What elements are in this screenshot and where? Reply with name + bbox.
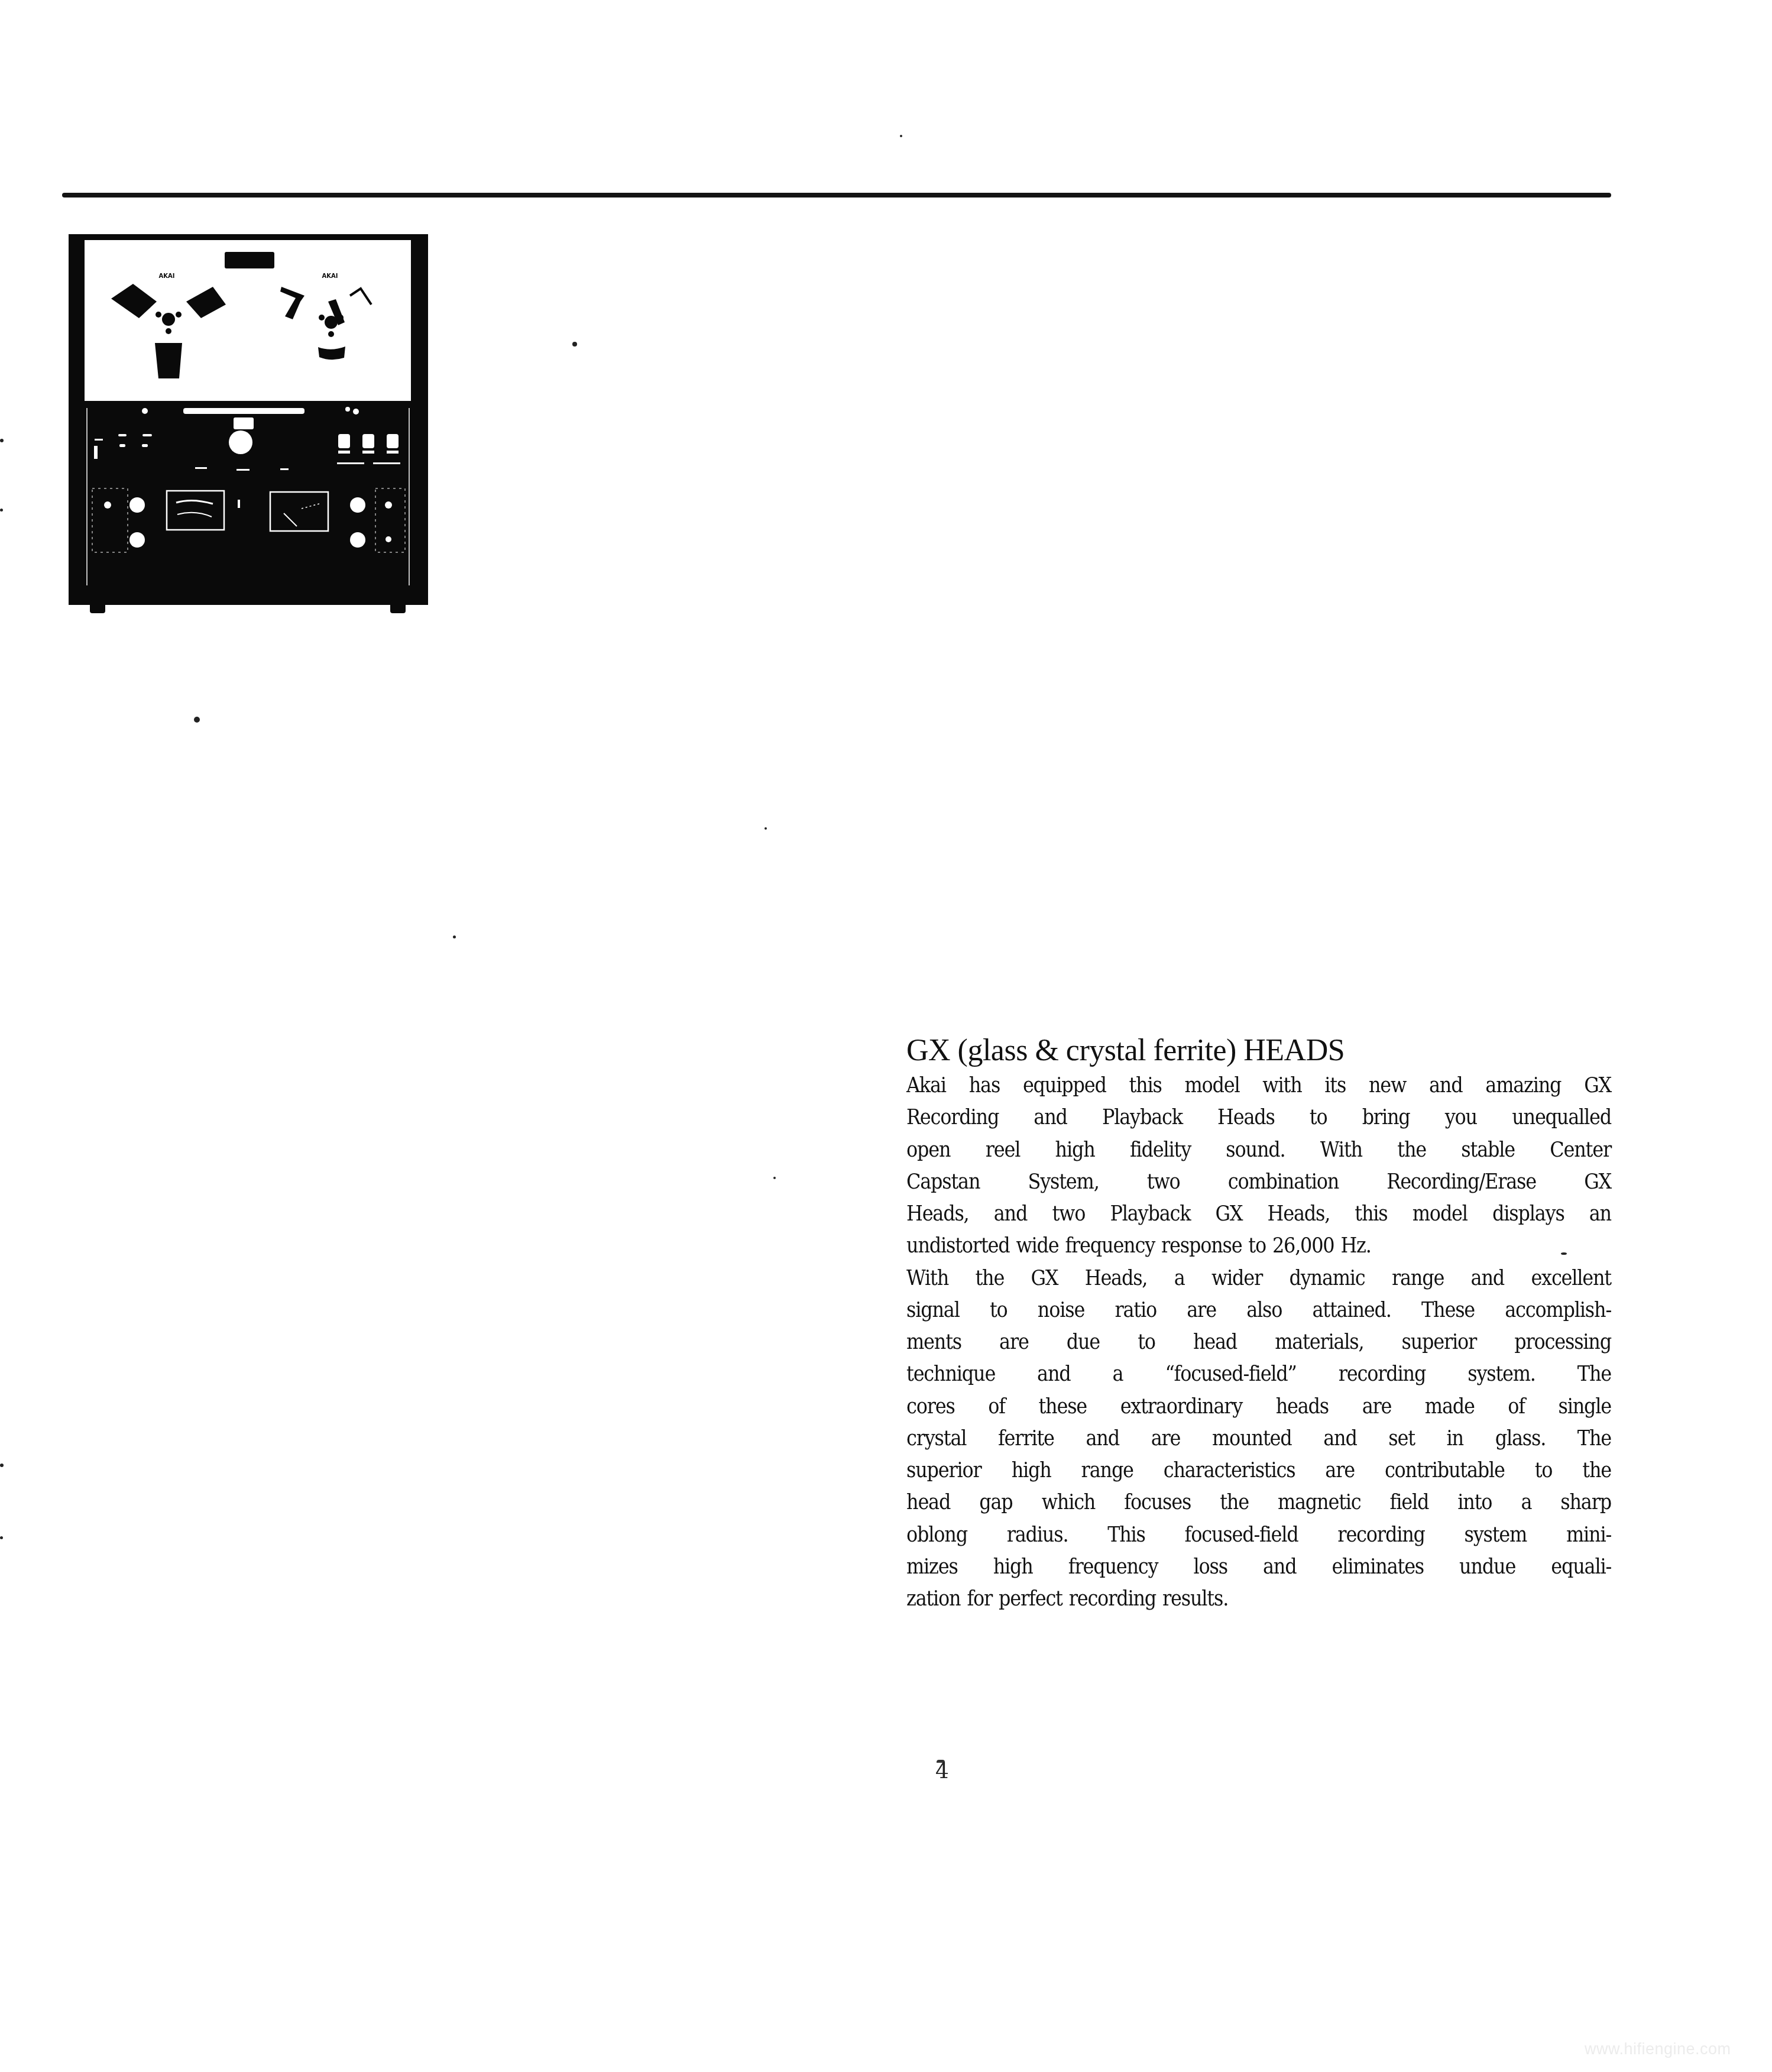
page-number: 4 [935, 1761, 949, 1782]
body-line: undistorted wide frequency response to 2… [906, 1230, 1611, 1262]
body-line: superior high range characteristics are … [906, 1455, 1611, 1487]
article-section: GX (glass & crystal ferrite) HEADS Akai … [906, 1032, 1611, 1615]
scan-speck [194, 717, 200, 723]
body-line: zation for perfect recording results. [906, 1583, 1611, 1615]
body-line: cores of these extraordinary heads are m… [906, 1391, 1611, 1423]
scan-speck [1561, 1252, 1567, 1255]
watermark: www.hifiengine.com [1585, 2040, 1731, 2058]
scan-speck [0, 1536, 3, 1539]
body-line: ments are due to head materials, superio… [906, 1326, 1611, 1358]
body-line: Recording and Playback Heads to bring yo… [906, 1102, 1611, 1134]
body-line: open reel high fidelity sound. With the … [906, 1134, 1611, 1166]
body-line: signal to noise ratio are also attained.… [906, 1294, 1611, 1326]
scan-speck [0, 439, 4, 442]
scan-speck [572, 342, 577, 347]
scan-speck [900, 135, 902, 137]
top-rule [62, 193, 1611, 198]
body-line: oblong radius. This focused-field record… [906, 1519, 1611, 1551]
scan-speck [773, 1177, 776, 1179]
scan-speck [0, 509, 3, 511]
body-line: Akai has equipped this model with its ne… [906, 1070, 1611, 1102]
body-paragraph: Akai has equipped this model with its ne… [906, 1070, 1611, 1615]
product-photo: AKAI AKAI [65, 231, 432, 616]
body-line: With the GX Heads, a wider dynamic range… [906, 1262, 1611, 1294]
svg-text:AKAI: AKAI [322, 273, 338, 280]
body-line: head gap which focuses the magnetic fiel… [906, 1487, 1611, 1519]
section-heading: GX (glass & crystal ferrite) HEADS [906, 1032, 1611, 1070]
scan-speck [0, 1464, 4, 1467]
body-line: Capstan System, two combination Recordin… [906, 1166, 1611, 1198]
scan-speck [453, 935, 456, 938]
body-line: Heads, and two Playback GX Heads, this m… [906, 1198, 1611, 1230]
body-line: mizes high frequency loss and eliminates… [906, 1551, 1611, 1583]
svg-text:AKAI: AKAI [159, 273, 175, 280]
body-line: crystal ferrite and are mounted and set … [906, 1423, 1611, 1455]
body-line: technique and a “focused-field” recordin… [906, 1358, 1611, 1390]
scan-speck [764, 827, 767, 830]
